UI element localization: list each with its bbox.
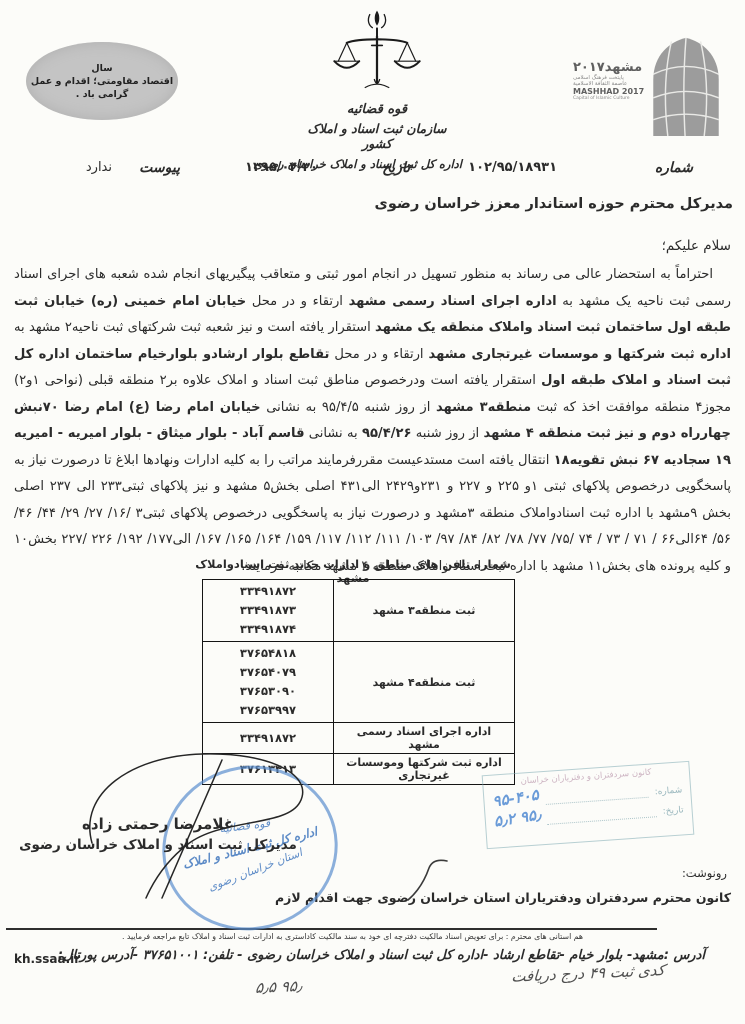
dome-globe-icon	[649, 36, 723, 136]
doc-attachment-label: پیوست	[139, 160, 180, 186]
paragraph-segment: از روز شنبه ۹۵/۴/۵ به نشانی	[261, 400, 436, 415]
letter-paragraph: احتراماً به استحضار عالی می رساند به منظ…	[14, 262, 731, 580]
receipt-number-label: شماره:	[654, 785, 682, 797]
paragraph-segment: از روز شنبه	[411, 426, 483, 441]
doc-number-value: ۱۰۲/۹۵/۱۸۹۳۱	[468, 160, 557, 186]
paragraph-segment: ارتقاء و در محل	[246, 294, 348, 309]
handwritten-note-date: ۹۵٫ ۵٫۵	[255, 977, 303, 997]
signature-scribble-icon	[70, 748, 335, 903]
mashhad-2017-text: مشهد۲۰۱۷ پایتخت فرهنگ اسلامی عاصمة الثقا…	[573, 60, 645, 101]
phone-number: ۳۳۴۹۱۸۷۲	[209, 582, 327, 601]
phone-numbers-cell: ۳۳۴۹۱۸۷۲۳۳۴۹۱۸۷۳۳۳۴۹۱۸۷۴	[203, 580, 334, 642]
phone-number: ۳۳۴۹۱۸۷۲	[209, 729, 327, 748]
mashhad-en-subtitle: Capital of Islamic Culture	[573, 96, 645, 101]
copy-to-label: رونوشت:	[682, 866, 727, 880]
phone-number: ۳۷۶۵۳۹۹۷	[209, 701, 327, 720]
dotted-leader	[547, 804, 657, 825]
copy-to-line: کانون محترم سردفتران ودفتریاران استان خر…	[275, 890, 731, 905]
paragraph-bold-segment: منطقه۳ مشهد	[436, 400, 531, 415]
slogan-line-2: اقتصاد مقاومتی؛ اقدام و عمل	[31, 75, 173, 88]
mashhad-fa-title: مشهد۲۰۱۷	[573, 60, 645, 75]
mashhad-2017-logo: مشهد۲۰۱۷ پایتخت فرهنگ اسلامی عاصمة الثقا…	[563, 36, 723, 136]
slogan-line-1: سال	[91, 62, 112, 75]
office-name-cell: ثبت منطقه۴ مشهد	[334, 642, 515, 723]
phone-number: ۳۷۶۵۳۰۹۰	[209, 682, 327, 701]
checkmark-icon	[402, 856, 450, 904]
footer-portal-url: kh.ssaa.ir	[14, 952, 80, 966]
doc-date-label: تاریخ	[382, 160, 410, 186]
office-name-cell: ثبت منطقه۳ مشهد	[334, 580, 515, 642]
phone-number: ۳۷۶۵۴۸۱۸	[209, 644, 327, 663]
justice-scales-icon	[331, 8, 423, 96]
letterhead-center: قوه قضائیه سازمان ثبت اسناد و املاک کشور…	[292, 8, 462, 171]
receipt-date-label: تاریخ:	[662, 805, 684, 816]
footer-notice: هم استانی های محترم : برای تعویض اسناد م…	[40, 932, 665, 941]
paragraph-bold-segment: اداره ثبت شرکتها و موسسات غیرتجاری مشهد	[429, 347, 731, 362]
paragraph-segment: به نشانی	[305, 426, 362, 441]
paragraph-segment: ارتقاء و در محل	[329, 347, 428, 362]
mashhad-en-title: MASHHAD 2017	[573, 87, 645, 96]
salutation-line: سلام علیکم؛	[662, 238, 731, 254]
phone-number: ۳۷۶۵۴۰۷۹	[209, 663, 327, 682]
paragraph-bold-segment: ۹۵/۴/۲۶	[362, 426, 412, 441]
handwritten-note-text: کدی ثبت ۴۹ درج دریافت	[511, 961, 666, 986]
doc-attachment-value: ندارد	[86, 160, 112, 186]
doc-date-value: ۱۳۹۵/۰۴/۳۰	[245, 160, 318, 186]
receipt-stamp: کانون سردفتران و دفتریاران خراسان شماره:…	[482, 761, 695, 849]
paragraph-segment: انتقال یافته است مستدعیست مقررفرمایند مر…	[14, 453, 731, 574]
office-name-cell: اداره اجرای اسناد رسمی مشهد	[334, 723, 515, 754]
phone-number: ۳۳۴۹۱۸۷۴	[209, 620, 327, 639]
slogan-oval-stamp: سال اقتصاد مقاومتی؛ اقدام و عمل گرامی با…	[26, 42, 178, 120]
doc-number-label: شماره	[655, 160, 693, 186]
judiciary-title: قوه قضائیه	[292, 102, 462, 117]
handwritten-note: کدی ثبت ۴۹ درج دریافت ۹۵٫ ۵٫۵	[255, 961, 666, 997]
slogan-line-3: گرامی باد .	[76, 88, 128, 101]
phone-table-row: ثبت منطقه۴ مشهد۳۷۶۵۴۸۱۸۳۷۶۵۴۰۷۹۳۷۶۵۳۰۹۰۳…	[203, 642, 515, 723]
footer-address: آدرس :مشهد- بلوار خیام -تقاطع ارشاد -ادا…	[80, 948, 705, 963]
paragraph-segment: استقرار یافته است و نیز شعبه ثبت شرکتهای…	[14, 320, 375, 335]
phone-numbers-cell: ۳۷۶۵۴۸۱۸۳۷۶۵۴۰۷۹۳۷۶۵۳۰۹۰۳۷۶۵۳۹۹۷	[203, 642, 334, 723]
phone-table-row: ثبت منطقه۳ مشهد۳۳۴۹۱۸۷۲۳۳۴۹۱۸۷۳۳۳۴۹۱۸۷۴	[203, 580, 515, 642]
footer-divider	[6, 928, 657, 930]
organization-title: سازمان ثبت اسناد و املاک کشور	[292, 121, 462, 151]
phone-number: ۳۳۴۹۱۸۷۳	[209, 601, 327, 620]
recipient-line: مدیرکل محترم حوزه استاندار معزز خراسان ر…	[375, 196, 733, 212]
scanned-letter-page: سال اقتصاد مقاومتی؛ اقدام و عمل گرامی با…	[0, 0, 745, 1024]
paragraph-bold-segment: اداره اجرای اسناد رسمی مشهد	[349, 294, 557, 309]
